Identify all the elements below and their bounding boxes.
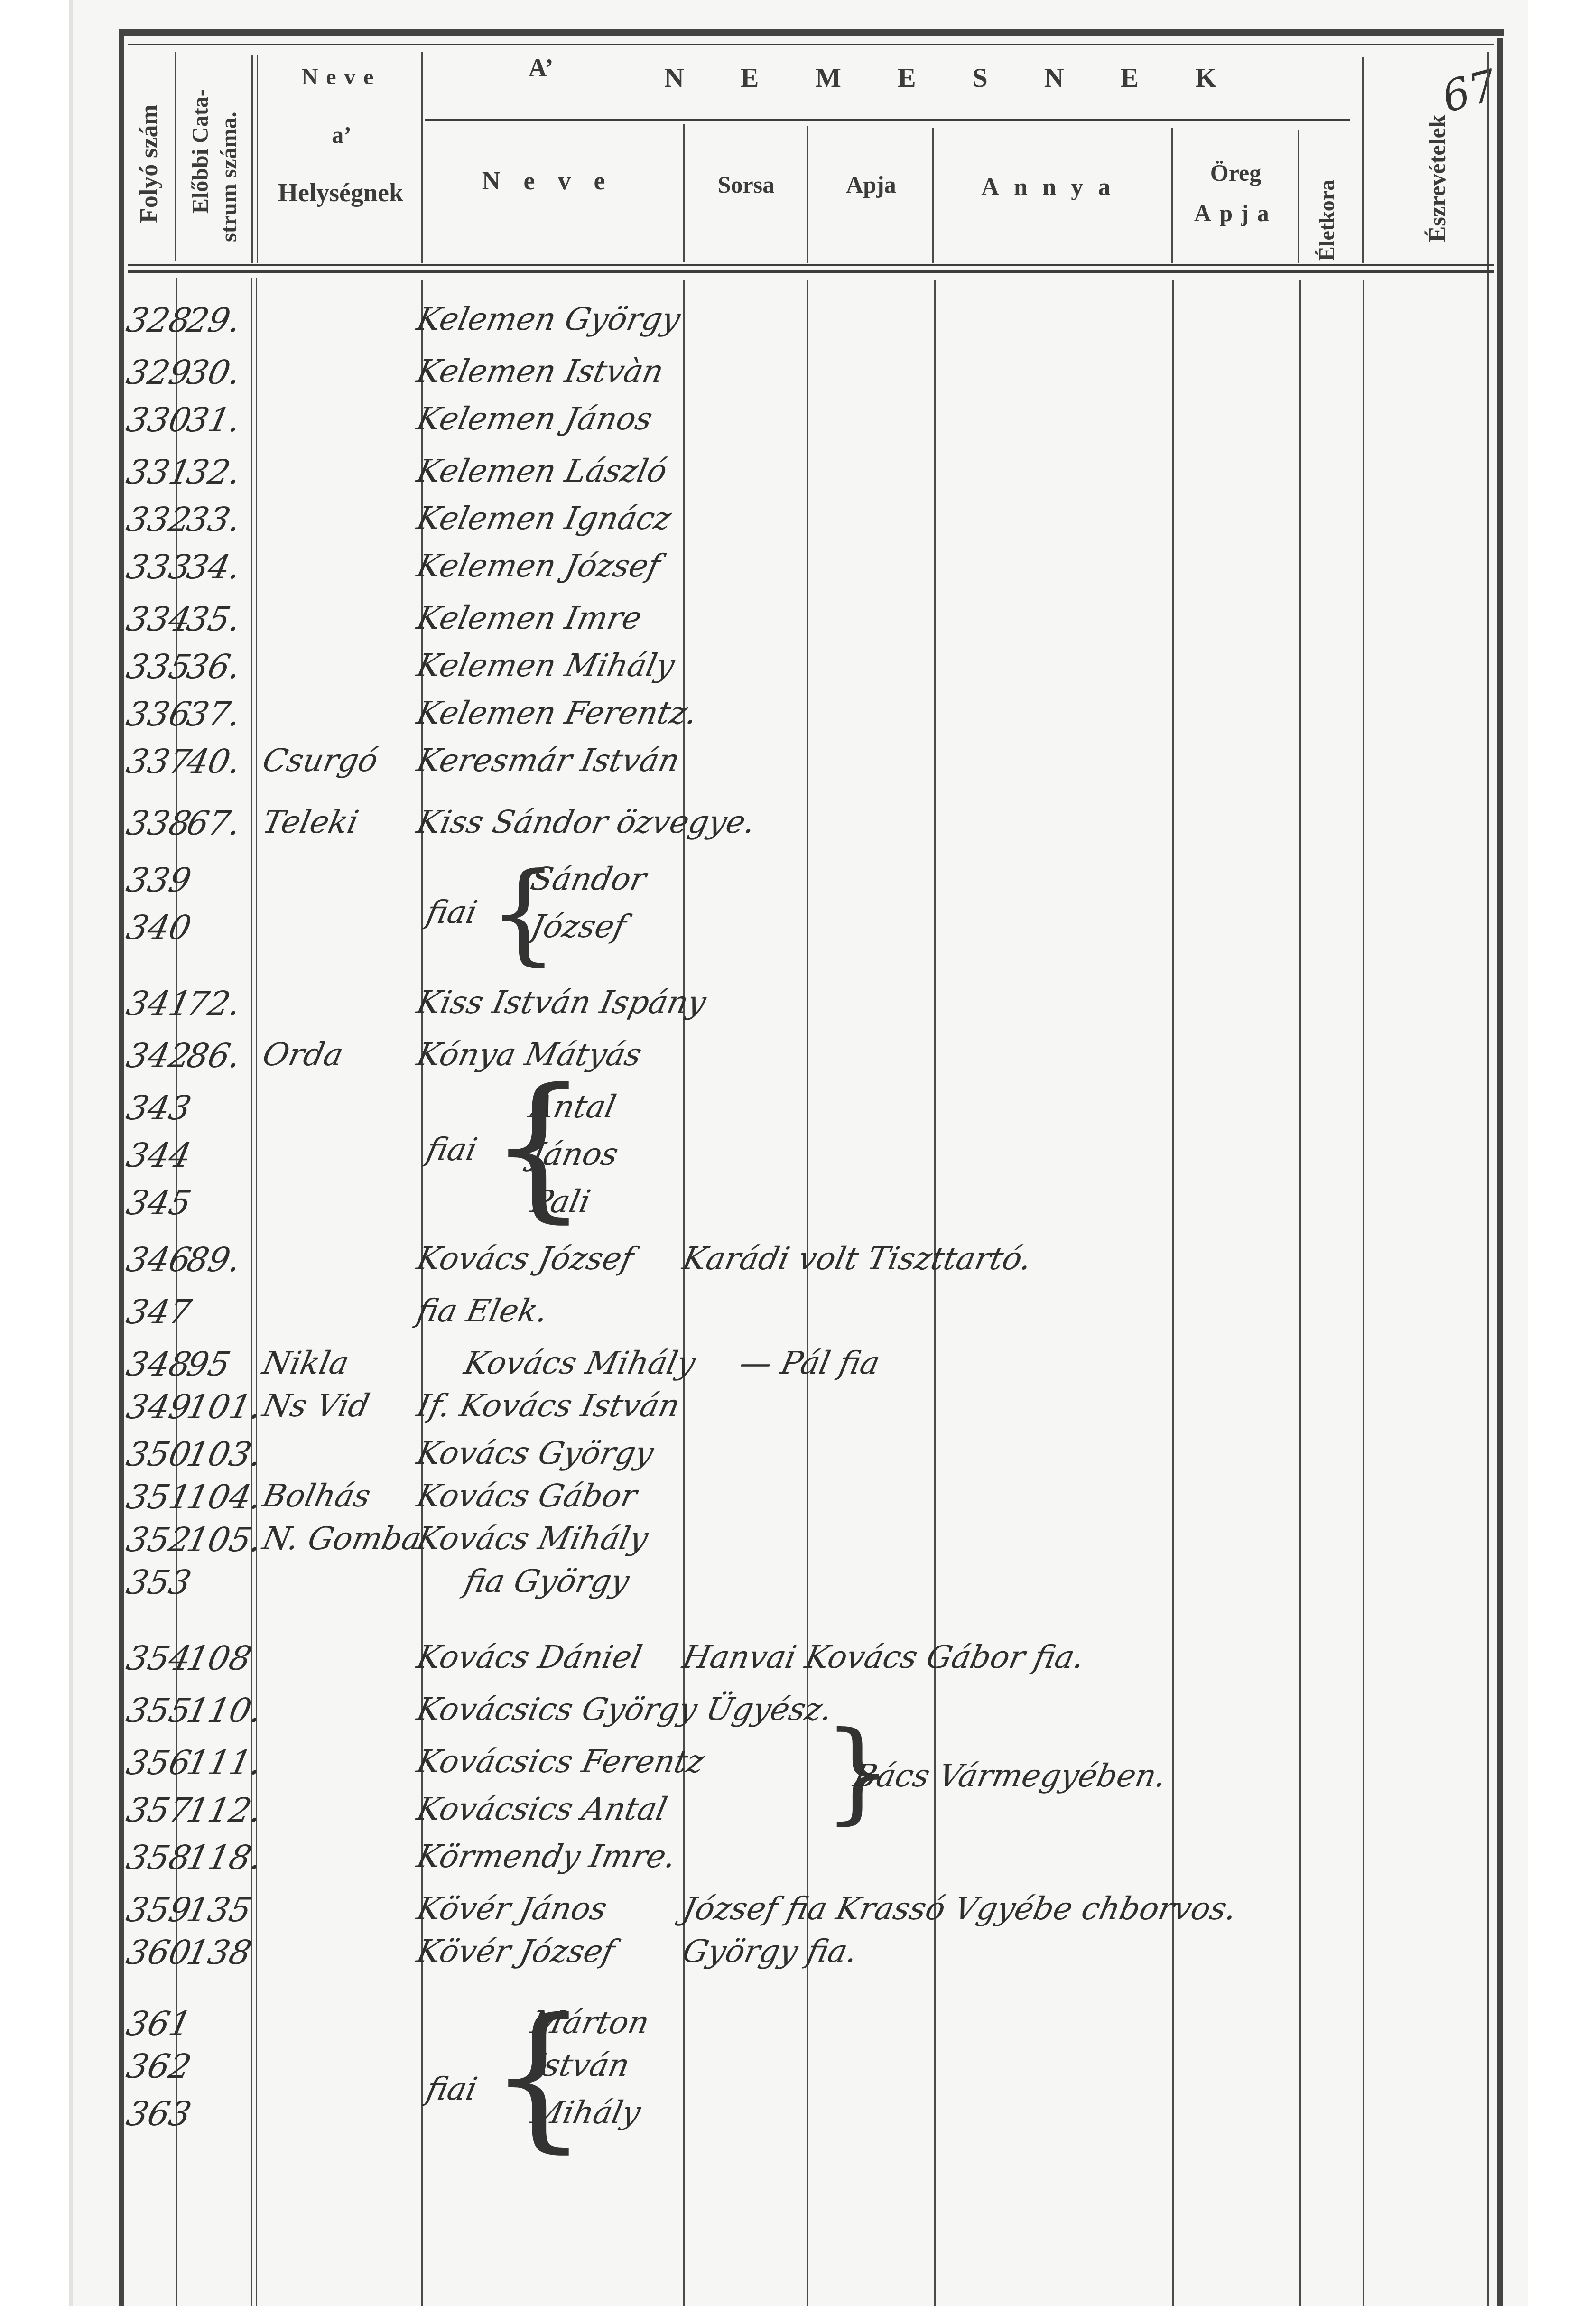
row-helyseg: Bolhás [260, 1480, 373, 1512]
row-folyo-szam: 333 [124, 550, 194, 584]
row-catastrum-szam: 67. [184, 807, 244, 840]
row-folyo-szam: 350 [124, 1438, 194, 1471]
row-folyo-szam: 345 [124, 1186, 194, 1219]
row-nemes-neve: Kovács Mihály [414, 1523, 651, 1554]
body-col-line-4 [683, 280, 685, 2306]
row-folyo-szam: 331 [124, 456, 194, 489]
header-sub-annya: Annya [935, 173, 1172, 201]
row-nemes-neve: Körmendy Imre. [414, 1841, 679, 1872]
row-catastrum-szam: 32. [184, 456, 244, 489]
body-col-line-7 [1172, 280, 1174, 2306]
row-nemes-neve: Kelemen János [414, 403, 655, 435]
col-divider-2 [251, 55, 253, 263]
row-nemes-neve: Kövér József [414, 1936, 617, 1967]
body-col-line-9 [1363, 280, 1364, 2306]
row-helyseg: N. Gomba [260, 1523, 424, 1554]
row-catastrum-szam: 104. [184, 1480, 265, 1514]
bacs-note: Bács Vármegyében. [851, 1760, 1169, 1792]
row-folyo-szam: 332 [124, 503, 194, 536]
row-folyo-szam: 329 [124, 356, 194, 389]
row-folyo-szam: 348 [124, 1348, 194, 1381]
header-helysegnek: Helységnek [260, 178, 421, 207]
col-divider-1 [175, 52, 176, 261]
row-folyo-szam: 328 [124, 304, 194, 337]
body-col-line-2 [251, 278, 252, 2306]
fiai-label-2: fiai [424, 1134, 480, 1165]
row-nemes-neve: fia György [462, 1566, 632, 1597]
row-catastrum-szam: 111. [184, 1746, 265, 1779]
col-divider-8 [1298, 130, 1299, 263]
row-folyo-szam: 361 [124, 2007, 194, 2040]
row-catastrum-szam: 101. [184, 1390, 265, 1423]
header-sub-oreg-apja: Apja [1173, 199, 1299, 227]
row-nemes-neve: Kovács Dániel [414, 1642, 645, 1673]
row-catastrum-szam: 112. [184, 1794, 265, 1827]
brace-2: { [489, 1068, 588, 1224]
row-nemes-neve: Kelemen Imre [414, 603, 644, 634]
row-folyo-szam: 357 [124, 1794, 194, 1827]
table-top-border [119, 29, 1504, 36]
header-nemesnek: NEMESNEK [664, 62, 1281, 93]
header-bottom-rule-1 [128, 264, 1494, 266]
row-nemes-neve: If. Kovács István [414, 1390, 682, 1422]
row-folyo-szam: 344 [124, 1139, 194, 1172]
fiai-label-3: fiai [424, 2074, 480, 2105]
header-group-prefix: A’ [512, 53, 569, 83]
table-right-inner-rule [1487, 52, 1489, 2306]
row-folyo-szam: 360 [124, 1936, 194, 1969]
header-sub-apja: Apja [809, 171, 933, 198]
row-folyo-szam: 342 [124, 1039, 194, 1072]
row-note: György fia. [680, 1936, 860, 1967]
table-left-border [119, 29, 124, 2306]
row-catastrum-szam: 36. [184, 650, 244, 683]
row-folyo-szam: 346 [124, 1243, 194, 1276]
row-folyo-szam: 363 [124, 2097, 194, 2130]
row-folyo-szam: 343 [124, 1091, 194, 1125]
row-catastrum-szam: 35. [184, 603, 244, 636]
row-catastrum-szam: 72. [184, 987, 244, 1020]
row-folyo-szam: 337 [124, 745, 194, 778]
row-nemes-neve: Kovács György [414, 1438, 657, 1469]
table-right-border [1497, 38, 1503, 2306]
row-helyseg: Csurgó [260, 745, 380, 776]
row-nemes-neve: Kelemen Ferentz. [414, 697, 700, 729]
header-elobbi-line1: Előbbi Cata- [187, 66, 213, 214]
row-catastrum-szam: 105. [184, 1523, 265, 1556]
row-folyo-szam: 358 [124, 1841, 194, 1874]
col-divider-9 [1362, 57, 1364, 263]
row-catastrum-szam: 31. [184, 403, 244, 437]
header-sub-sorsa: Sorsa [686, 171, 807, 198]
row-folyo-szam: 335 [124, 650, 194, 683]
row-folyo-szam: 354 [124, 1642, 194, 1675]
row-catastrum-szam: 29. [184, 304, 244, 337]
row-nemes-neve: Kelemen László [414, 456, 670, 487]
body-col-line-6 [934, 280, 936, 2306]
header-bottom-rule-2 [128, 270, 1494, 273]
row-nemes-neve: Kelemen Istvàn [414, 356, 667, 387]
row-catastrum-szam: 34. [184, 550, 244, 584]
brace-4: { [489, 1998, 588, 2154]
row-nemes-neve: Kiss István Ispány [414, 987, 709, 1018]
row-nemes-neve: Kovácsics Antal [414, 1794, 670, 1825]
row-folyo-szam: 339 [124, 864, 194, 897]
row-folyo-szam: 349 [124, 1390, 194, 1423]
row-folyo-szam: 330 [124, 403, 194, 437]
header-a: a’ [266, 121, 418, 149]
row-folyo-szam: 359 [124, 1893, 194, 1926]
row-nemes-neve: Kovács Mihály [462, 1348, 698, 1379]
row-folyo-szam: 334 [124, 603, 194, 636]
row-folyo-szam: 347 [124, 1295, 194, 1329]
fiai-label-1: fiai [424, 897, 480, 928]
row-nemes-neve: Kovácsics Ferentz [414, 1746, 707, 1777]
header-neve: Neve [266, 64, 418, 90]
row-folyo-szam: 341 [124, 987, 194, 1020]
row-nemes-neve: Kelemen Ignácz [414, 503, 674, 534]
row-folyo-szam: 353 [124, 1566, 194, 1599]
row-helyseg: Ns Vid [260, 1390, 372, 1422]
body-col-line-8 [1299, 280, 1301, 2306]
row-catastrum-szam: 40. [184, 745, 244, 778]
row-catastrum-szam: 86. [184, 1039, 244, 1072]
brace-1: { [489, 859, 558, 968]
row-folyo-szam: 356 [124, 1746, 194, 1779]
row-nemes-neve: Kovács József [414, 1243, 636, 1274]
table-top-inner-rule [128, 44, 1494, 45]
row-note: — Pál fia [737, 1348, 882, 1379]
row-note: Karádi volt Tiszttartó. [680, 1243, 1034, 1274]
col-divider-5 [807, 126, 808, 263]
row-helyseg: Nikla [260, 1348, 352, 1379]
row-note: Hanvai Kovács Gábor fia. [680, 1642, 1087, 1673]
row-catastrum-szam: 135 [184, 1893, 254, 1926]
row-folyo-szam: 351 [124, 1480, 194, 1514]
row-nemes-neve: Kelemen Mihály [414, 650, 677, 681]
row-folyo-szam: 352 [124, 1523, 194, 1556]
row-folyo-szam: 340 [124, 911, 194, 944]
body-col-line-2b [256, 278, 257, 2306]
col-divider-3 [421, 52, 423, 263]
row-folyo-szam: 355 [124, 1694, 194, 1727]
col-divider-2b [257, 55, 258, 263]
row-folyo-szam: 336 [124, 697, 194, 731]
row-catastrum-szam: 95 [184, 1348, 233, 1381]
row-catastrum-szam: 33. [184, 503, 244, 536]
row-catastrum-szam: 103. [184, 1438, 265, 1471]
header-eszrevetelek: Észrevételek [1423, 71, 1451, 242]
body-col-line-5 [807, 280, 808, 2306]
row-helyseg: Teleki [260, 807, 361, 838]
col-divider-4 [683, 124, 685, 262]
row-catastrum-szam: 30. [184, 356, 244, 389]
row-nemes-neve: Kelemen József [414, 550, 663, 582]
row-catastrum-szam: 108 [184, 1642, 254, 1675]
row-catastrum-szam: 89. [184, 1243, 244, 1276]
header-elobbi-line2: strum száma. [216, 76, 242, 242]
row-catastrum-szam: 118. [184, 1841, 265, 1874]
row-nemes-neve: Kelemen György [414, 304, 683, 335]
group-header-rule [425, 119, 1350, 121]
row-nemes-neve: Kovácsics György Ügyész. [414, 1694, 835, 1725]
header-sub-oreg: Öreg [1173, 159, 1299, 186]
row-nemes-neve: Kovács Gábor [414, 1480, 640, 1512]
row-catastrum-szam: 37. [184, 697, 244, 731]
header-sub-neve: Neve [427, 166, 683, 195]
row-note: József fia Krassó Vgyébe chborvos. [680, 1893, 1240, 1925]
row-folyo-szam: 338 [124, 807, 194, 840]
row-catastrum-szam: 138 [184, 1936, 254, 1969]
row-nemes-neve: Kövér János [414, 1893, 610, 1925]
row-nemes-neve: fia Elek. [414, 1295, 551, 1327]
row-nemes-neve: Kiss Sándor özvegye. [414, 807, 758, 838]
row-folyo-szam: 362 [124, 2050, 194, 2083]
row-helyseg: Orda [260, 1039, 346, 1070]
header-folyo-szam: Folyó szám [135, 78, 163, 249]
header-eletkora: Életkora [1314, 157, 1339, 261]
row-catastrum-szam: 110. [184, 1694, 265, 1727]
row-nemes-neve: Keresmár István [414, 745, 682, 776]
